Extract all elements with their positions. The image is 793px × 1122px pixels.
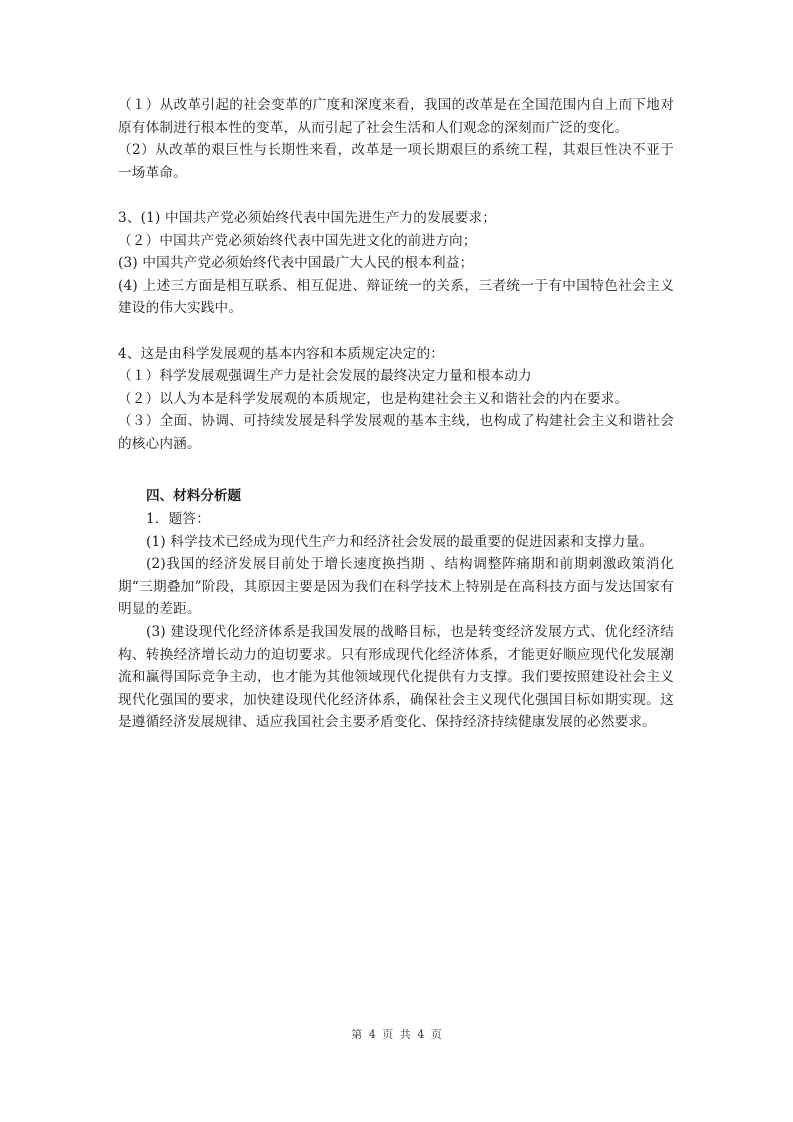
paragraph-answer-4-intro: 4、这是由科学发展观的基本内容和本质规定决定的： (118, 343, 674, 366)
paragraph-answer-3-item-4: (4) 上述三方面是相互联系、相互促进、辩证统一的关系，三者统一于有中国特色社会… (118, 275, 674, 320)
paragraph-answer-4-item-3: （３）全面、协调、可持续发展是科学发展观的基本主线，也构成了构建社会主义和谐社会… (118, 410, 674, 455)
paragraph-answer-3-item-2: （２）中国共产党必须始终代表中国先进文化的前进方向； (118, 230, 674, 253)
spacer (118, 456, 674, 479)
paragraph-answer-4-item-2: （２）以人为本是科学发展观的本质规定，也是构建社会主义和谐社会的内在要求。 (118, 388, 674, 411)
answer-item-2: (2)我国的经济发展目前处于增长速度换挡期 、结构调整阵痛期和前期刺激政策消化期… (118, 553, 674, 621)
section-heading-material-analysis: 四、材料分析题 (118, 484, 674, 508)
answer-item-1: (1) 科学技术已经成为现代生产力和经济社会发展的最重要的促进因素和支撑力量。 (118, 531, 674, 554)
page-number-footer: 第 4 页 共 4 页 (0, 1026, 793, 1042)
paragraph-reform-breadth: （１）从改革引起的社会变革的广度和深度来看，我国的改革是在全国范围内自上而下地对… (118, 94, 674, 139)
paragraph-reform-difficulty: （2）从改革的艰巨性与长期性来看，改革是一项长期艰巨的系统工程，其艰巨性决不亚于… (118, 139, 674, 184)
spacer (118, 184, 674, 207)
spacer (118, 320, 674, 343)
paragraph-answer-3-item-3: (3) 中国共产党必须始终代表中国最广大人民的根本利益； (118, 252, 674, 275)
paragraph-answer-4-item-1: （１）科学发展观强调生产力是社会发展的最终决定力量和根本动力 (118, 365, 674, 388)
document-page: （１）从改革引起的社会变革的广度和深度来看，我国的改革是在全国范围内自上而下地对… (118, 94, 674, 734)
answer-item-3: (3) 建设现代化经济体系是我国发展的战略目标，也是转变经济发展方式、优化经济结… (118, 621, 674, 734)
question-label: 1．题答： (118, 508, 674, 531)
paragraph-answer-3-item-1: 3、(1) 中国共产党必须始终代表中国先进生产力的发展要求； (118, 207, 674, 230)
